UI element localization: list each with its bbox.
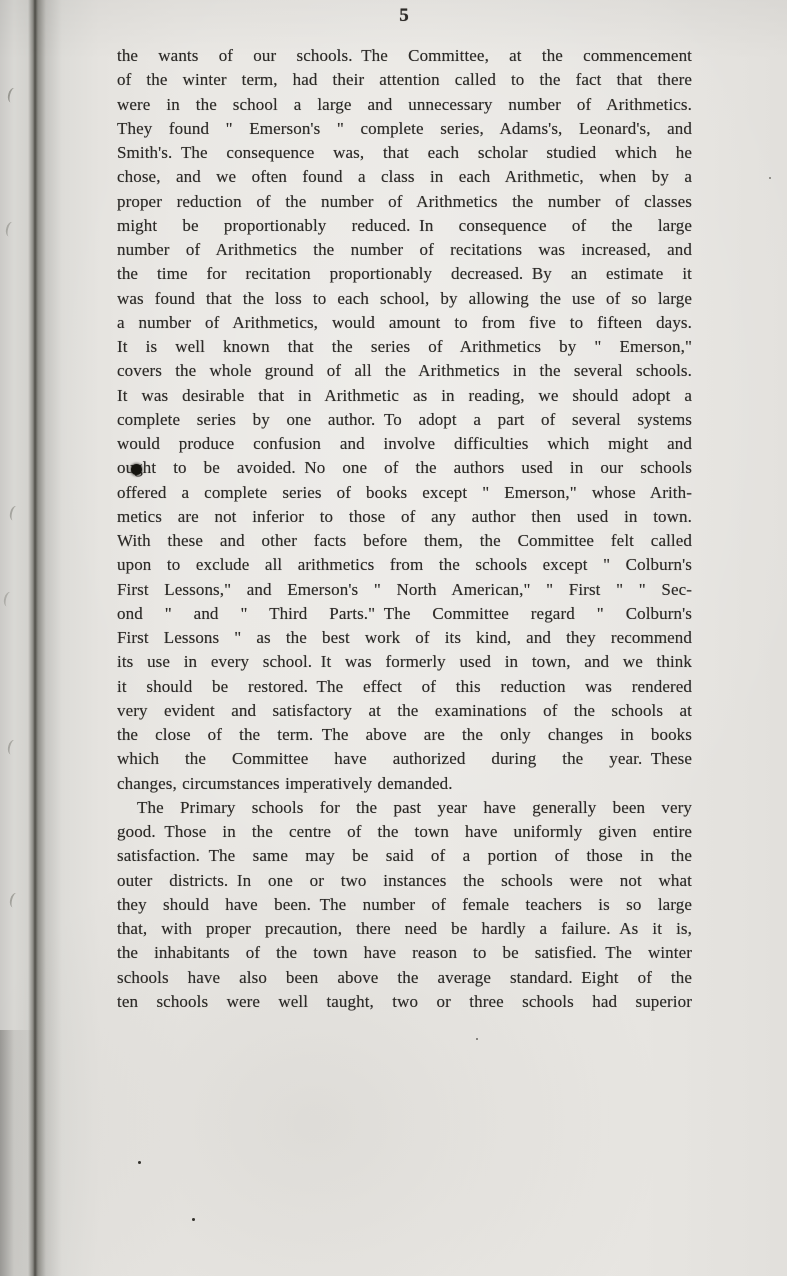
scan-artifact: [2, 591, 16, 608]
text-line: chose, and we often found a class in eac…: [117, 165, 692, 189]
scan-artifact: [6, 87, 20, 104]
scanned-page: 5 the wants of our schools. The Committe…: [0, 0, 787, 1276]
text-line: which the Committee have authorized duri…: [117, 747, 692, 771]
scan-artifact: [192, 1218, 195, 1221]
text-line: Smith's. The consequence was, that each …: [117, 141, 692, 165]
text-line: was found that the loss to each school, …: [117, 287, 692, 311]
text-line: it should be restored. The effect of thi…: [117, 675, 692, 699]
text-line: the wants of our schools. The Committee,…: [117, 44, 692, 68]
scan-artifact: [476, 1038, 478, 1040]
scan-artifact: [769, 177, 771, 179]
ink-blot-artifact: [131, 464, 142, 475]
text-line: ten schools were well taught, two or thr…: [117, 990, 692, 1014]
text-line: its use in every school. It was formerly…: [117, 650, 692, 674]
text-line: complete series by one author. To adopt …: [117, 408, 692, 432]
text-line: The Primary schools for the past year ha…: [117, 796, 692, 820]
text-line: First Lessons," and Emerson's " North Am…: [117, 578, 692, 602]
text-line: covers the whole ground of all the Arith…: [117, 359, 692, 383]
text-line: changes, circumstances imperatively dema…: [117, 772, 692, 796]
text-line: they should have been. The number of fem…: [117, 893, 692, 917]
page-number: 5: [117, 5, 692, 27]
text-line: the time for recitation proportionably d…: [117, 262, 692, 286]
text-line: With these and other facts before them, …: [117, 529, 692, 553]
text-line: It is well known that the series of Arit…: [117, 335, 692, 359]
text-line: good. Those in the centre of the town ha…: [117, 820, 692, 844]
text-line: It was desirable that in Arithmetic as i…: [117, 384, 692, 408]
text-line: a number of Arithmetics, would amount to…: [117, 311, 692, 335]
text-line: First Lessons " as the best work of its …: [117, 626, 692, 650]
text-line: very evident and satisfactory at the exa…: [117, 699, 692, 723]
scan-artifact: [138, 1161, 141, 1164]
text-line: outer districts. In one or two instances…: [117, 869, 692, 893]
text-line: satisfaction. The same may be said of a …: [117, 844, 692, 868]
text-block: the wants of our schools. The Committee,…: [117, 44, 692, 1014]
text-line: the close of the term. The above are the…: [117, 723, 692, 747]
scan-artifact: [8, 505, 22, 522]
scan-artifact: [4, 221, 18, 238]
scan-artifact: [8, 892, 22, 909]
text-line: metics are not inferior to those of any …: [117, 505, 692, 529]
text-line: schools have also been above the average…: [117, 966, 692, 990]
text-line: ought to be avoided. No one of the autho…: [117, 456, 692, 480]
text-line: were in the school a large and unnecessa…: [117, 93, 692, 117]
scan-artifact: [6, 739, 20, 756]
text-line: ond " and " Third Parts." The Committee …: [117, 602, 692, 626]
text-line: that, with proper precaution, there need…: [117, 917, 692, 941]
text-line: number of Arithmetics the number of reci…: [117, 238, 692, 262]
text-line: the inhabitants of the town have reason …: [117, 941, 692, 965]
text-line: would produce confusion and involve diff…: [117, 432, 692, 456]
text-line: They found " Emerson's " complete series…: [117, 117, 692, 141]
text-line: of the winter term, had their attention …: [117, 68, 692, 92]
text-line: upon to exclude all arithmetics from the…: [117, 553, 692, 577]
text-line: proper reduction of the number of Arithm…: [117, 190, 692, 214]
text-line: might be proportionably reduced. In cons…: [117, 214, 692, 238]
text-line: offered a complete series of books excep…: [117, 481, 692, 505]
